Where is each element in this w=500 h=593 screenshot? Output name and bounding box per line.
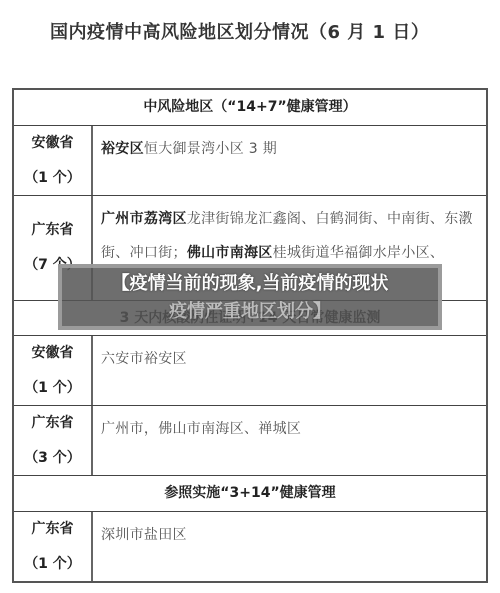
areas-cell: 六安市裕安区 [93,336,486,405]
province-name: 广东省 [14,512,91,547]
risk-area-table: 中风险地区（“14+7”健康管理） 安徽省 （1 个） 裕安区恒大御景湾小区 3… [12,88,488,583]
province-cell: 广东省 （1 个） [14,512,93,581]
province-name: 广东省 [14,406,91,441]
table-row: 安徽省 （1 个） 裕安区恒大御景湾小区 3 期 [14,126,486,196]
section-header-medium-risk: 中风险地区（“14+7”健康管理） [14,90,486,126]
areas-cell: 深圳市盐田区 [93,512,486,581]
caption-line-2: 疫情严重地区划分】 [62,298,438,326]
province-count: （1 个） [14,371,91,406]
caption-line-1: 【疫情当前的现象,当前疫情的现状 [62,270,438,298]
areas-cell: 裕安区恒大御景湾小区 3 期 [93,126,486,195]
area-bold: 佛山市南海区 [187,245,273,261]
area-bold: 裕安区 [101,141,144,157]
area-text: 桂城街道华福御水岸小区、 [273,245,445,261]
province-count: （3 个） [14,441,91,476]
table-row: 安徽省 （1 个） 六安市裕安区 [14,336,486,406]
province-count: （1 个） [14,547,91,582]
area-text: 恒大御景湾小区 3 期 [144,141,277,157]
province-name: 安徽省 [14,126,91,161]
areas-cell: 广州市，佛山市南海区、禅城区 [93,406,486,475]
page-title: 国内疫情中高风险地区划分情况（6 月 1 日） [50,18,470,44]
section-header-3-14: 参照实施“3+14”健康管理 [14,476,486,512]
province-cell: 安徽省 （1 个） [14,336,93,405]
province-count: （1 个） [14,161,91,196]
province-cell: 安徽省 （1 个） [14,126,93,195]
province-name: 广东省 [14,213,91,248]
table-row: 广东省 （1 个） 深圳市盐田区 [14,512,486,581]
caption-overlay: 【疫情当前的现象,当前疫情的现状 疫情严重地区划分】 [58,264,442,330]
area-bold: 广州市荔湾区 [101,211,187,227]
province-name: 安徽省 [14,336,91,371]
province-cell: 广东省 （3 个） [14,406,93,475]
table-row: 广东省 （3 个） 广州市，佛山市南海区、禅城区 [14,406,486,476]
